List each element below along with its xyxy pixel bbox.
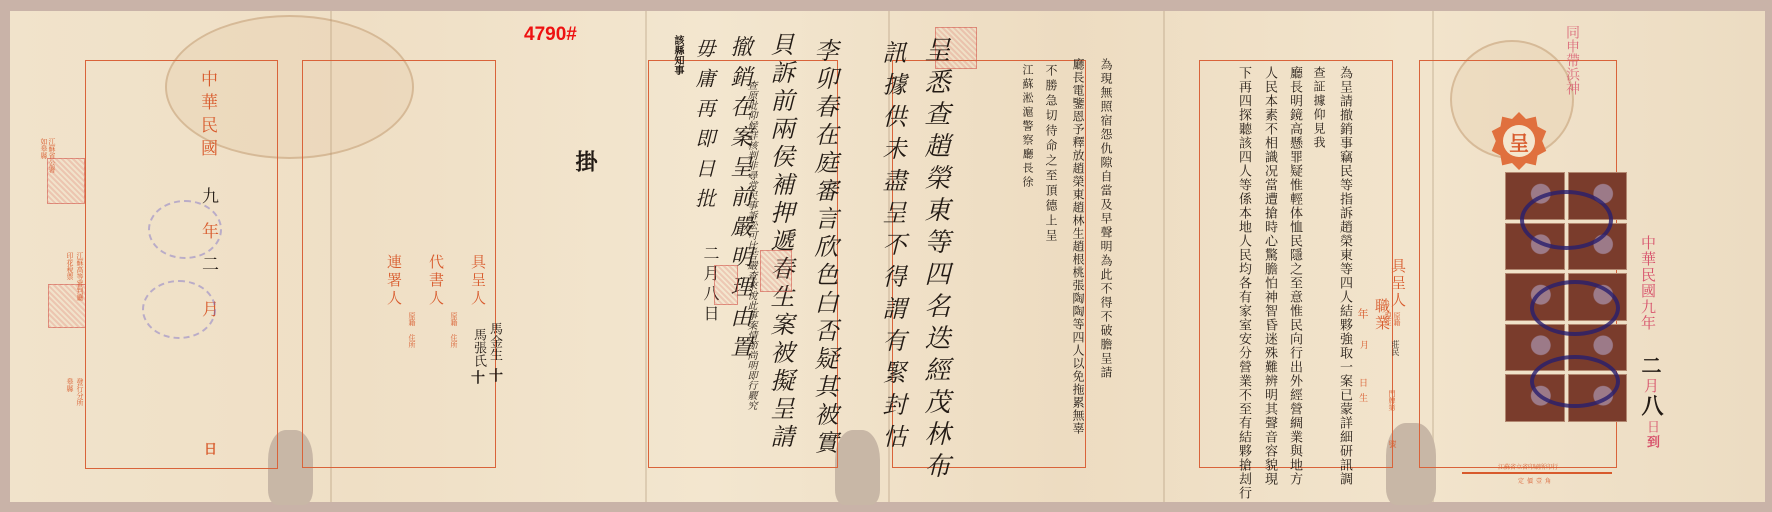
received-day: 八 bbox=[1640, 394, 1662, 416]
origin-label: 原籍 bbox=[1393, 312, 1400, 326]
price-imprint: 定價壹角 bbox=[1518, 476, 1554, 485]
rescript-column: 李卯春在庭審言欣色白否疑其被實 bbox=[812, 38, 836, 498]
rescript-side-note: 查原批仰候詳核判非尋常民事訴訟可比若嚴查來悅此事案情節尚明即行覈究 bbox=[745, 80, 755, 480]
side-mark: 掛 bbox=[574, 150, 596, 172]
received-day-label: 日 bbox=[1645, 420, 1658, 433]
born-label: 生 bbox=[1357, 393, 1366, 402]
cancel-postmark bbox=[1530, 355, 1620, 408]
number-label: 號 bbox=[1388, 440, 1396, 448]
cross-mark: 十 bbox=[470, 370, 484, 384]
addressee: 江蘇淞滬警察廳長徐 bbox=[1022, 64, 1033, 264]
catalog-number: 4790# bbox=[524, 24, 577, 46]
day-label: 日 bbox=[202, 442, 215, 455]
petition-column: 查証據仰見我 bbox=[1313, 66, 1325, 186]
received-date-printed: 中華民國九年 bbox=[1640, 235, 1655, 331]
scribe-label: 代書人 bbox=[428, 254, 443, 308]
official-seal bbox=[47, 158, 85, 204]
petitioner-name: 馬金生 bbox=[488, 322, 501, 361]
received-month: 二 bbox=[1640, 355, 1660, 375]
petition-column: 下再四探聽該四人等係本地人民均各有家室安分營業不至有結夥搶刦行 bbox=[1237, 66, 1250, 466]
petitioner-name: 馬張氏 bbox=[472, 328, 485, 367]
origin-note: 原籍 住所 bbox=[450, 312, 457, 348]
petition-column: 人民本素不相識况當遭搶時心驚膽怕神智昏迷殊難辨明其聲音容貌現 bbox=[1263, 66, 1276, 466]
petitioner-label: 具呈人 bbox=[1390, 258, 1405, 309]
month-value: 二 bbox=[199, 255, 216, 272]
petition-column: 為現無照宿怨仇隙自當及早聲明為此不得不破膽呈請 bbox=[1100, 58, 1112, 468]
date-era: 中華民國 bbox=[198, 70, 215, 162]
pink-note: 同申帶浜神 bbox=[1565, 25, 1579, 95]
faded-stamp bbox=[142, 280, 216, 339]
petitioner-label: 具呈人 bbox=[470, 254, 485, 308]
residence-label: 現住 bbox=[1384, 312, 1391, 326]
cosigner-label: 連署人 bbox=[386, 254, 401, 308]
red-chop bbox=[760, 250, 792, 292]
margin-note: 該縣知事 bbox=[672, 35, 682, 185]
petition-column: 廳長電鑒恩予釋放趙榮東趙林生趙根桃張陶陶等四人以免拖累無辜 bbox=[1072, 58, 1084, 468]
month-label: 月 bbox=[1358, 340, 1367, 349]
cross-mark: 十 bbox=[488, 368, 502, 382]
paper-tear bbox=[835, 430, 880, 505]
fold-line bbox=[1163, 11, 1165, 502]
cancel-postmark bbox=[1530, 280, 1620, 336]
official-seal bbox=[48, 284, 86, 328]
received-suffix: 到 bbox=[1645, 435, 1658, 448]
margin-note: 皋縣 bbox=[66, 378, 73, 408]
received-month-label: 月 bbox=[1643, 378, 1658, 393]
day-label: 日 bbox=[1357, 378, 1366, 387]
rescript-column: 毋庸再即日批 bbox=[694, 38, 714, 238]
house-number-label: 門牌第 bbox=[1388, 390, 1395, 411]
printer-imprint: 江蘇省立省印刷所印行 bbox=[1498, 462, 1558, 471]
rescript-column: 訊據供未盡呈不得謂有緊封怙 bbox=[880, 40, 904, 500]
petition-column: 不勝急切待命之至頂德上呈 bbox=[1045, 64, 1057, 304]
petition-column: 廳長明鏡高懸罪疑惟輕体恤民隱之至意惟民向行出外經營綢業與地方 bbox=[1288, 66, 1301, 466]
village-value: 莊民 bbox=[1391, 340, 1399, 356]
margin-note: 如皋縣 bbox=[40, 138, 47, 178]
cancel-postmark bbox=[1520, 190, 1613, 250]
rescript-column: 呈悉查趙榮東等四名迭經茂林布 bbox=[922, 36, 948, 496]
fold-line bbox=[645, 11, 647, 502]
form-frame bbox=[85, 60, 278, 469]
petition-column: 為呈請撤銷事竊民等指訴趙榮東等四人結夥強取一案已蒙詳細研訊調 bbox=[1338, 66, 1351, 466]
margin-note: 發行分所 bbox=[76, 378, 83, 408]
year-value: 九 bbox=[199, 187, 216, 204]
origin-note: 原籍 住所 bbox=[408, 312, 415, 348]
printer-rule bbox=[1462, 472, 1612, 474]
red-chop bbox=[714, 265, 738, 305]
age-label: 年 bbox=[1357, 308, 1368, 319]
faded-stamp bbox=[148, 200, 222, 259]
